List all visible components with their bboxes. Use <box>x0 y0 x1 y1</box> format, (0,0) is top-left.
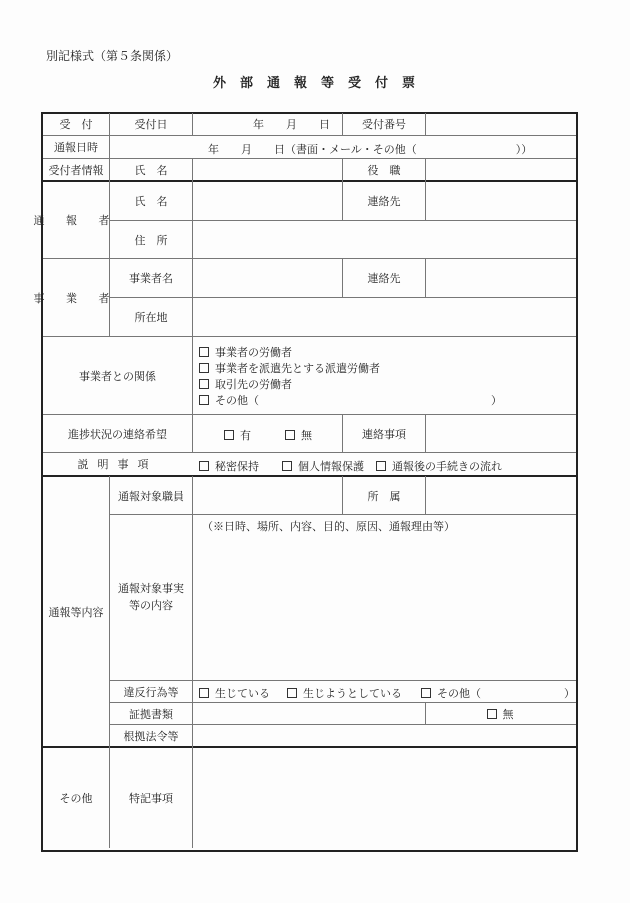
reception-date-label: 受付日 <box>110 113 192 135</box>
receiver-info-label: 受付者情報 <box>43 159 109 180</box>
business-name-label: 事業者名 <box>110 259 192 297</box>
checkbox-icon[interactable] <box>199 688 209 698</box>
relationship-option-dispatched[interactable]: 事業者を派遣先とする派遣労働者 <box>199 360 380 376</box>
receiver-name-label: 氏 名 <box>110 159 192 180</box>
special-notes-field[interactable] <box>193 748 574 848</box>
reporter-label: 通 報 者 <box>43 182 109 258</box>
report-content-label: 通報等内容 <box>43 477 109 746</box>
reporter-name-field[interactable] <box>193 182 342 220</box>
contact-notes-field[interactable] <box>426 415 574 452</box>
checkbox-icon[interactable] <box>282 461 292 471</box>
reporter-contact-label: 連絡先 <box>343 182 425 220</box>
checkbox-icon[interactable] <box>199 347 209 357</box>
special-notes-label: 特記事項 <box>110 748 192 848</box>
checkbox-icon[interactable] <box>224 430 234 440</box>
business-contact-field[interactable] <box>426 259 574 297</box>
reporter-name-label: 氏 名 <box>110 182 192 220</box>
reporter-address-field[interactable] <box>193 221 574 258</box>
relationship-other-close: ） <box>491 392 502 408</box>
violation-other-close: ） <box>564 685 575 701</box>
reception-number-field[interactable] <box>426 113 574 135</box>
relationship-label: 事業者との関係 <box>43 337 192 414</box>
reception-number-label: 受付番号 <box>343 113 425 135</box>
report-datetime-field[interactable]: 年 月 日（書面・メール・その他（ ）） <box>208 141 532 157</box>
evidence-none-option[interactable]: 無 <box>426 703 574 724</box>
facts-label: 通報対象事実 等の内容 <box>110 580 192 614</box>
explanation-option-privacy[interactable]: 個人情報保護 <box>282 458 364 474</box>
checkbox-icon[interactable] <box>421 688 431 698</box>
violation-option-about-to-occur[interactable]: 生じようとしている <box>287 685 402 701</box>
explanation-option-procedure[interactable]: 通報後の手続きの流れ <box>376 458 502 474</box>
report-datetime-label: 通報日時 <box>43 136 109 158</box>
relationship-option-partner[interactable]: 取引先の労働者 <box>199 376 292 392</box>
relationship-option-other[interactable]: その他（ <box>199 392 259 408</box>
business-label: 事 業 者 <box>43 259 109 336</box>
legal-basis-field[interactable] <box>193 725 574 746</box>
receiver-name-field[interactable] <box>193 159 342 180</box>
contact-notes-label: 連絡事項 <box>343 415 425 452</box>
checkbox-icon[interactable] <box>199 363 209 373</box>
checkbox-icon[interactable] <box>287 688 297 698</box>
progress-contact-yes[interactable]: 有 <box>224 427 251 443</box>
receiver-position-label: 役 職 <box>343 159 425 180</box>
affiliation-field[interactable] <box>426 477 574 514</box>
checkbox-icon[interactable] <box>285 430 295 440</box>
receiver-position-field[interactable] <box>426 159 574 180</box>
explanation-label: 説明事項 <box>43 453 192 475</box>
target-staff-field[interactable] <box>193 477 342 514</box>
affiliation-label: 所 属 <box>343 477 425 514</box>
checkbox-icon[interactable] <box>199 395 209 405</box>
evidence-field[interactable] <box>193 703 425 724</box>
violation-label: 違反行為等 <box>110 681 192 702</box>
business-contact-label: 連絡先 <box>343 259 425 297</box>
checkbox-icon[interactable] <box>487 709 497 719</box>
violation-option-other[interactable]: その他（ <box>421 685 481 701</box>
business-location-field[interactable] <box>193 298 574 336</box>
reception-date-field[interactable]: 年 月 日 <box>193 113 342 135</box>
evidence-label: 証拠書類 <box>110 703 192 724</box>
checkbox-icon[interactable] <box>199 379 209 389</box>
reporter-contact-field[interactable] <box>426 182 574 220</box>
checkbox-icon[interactable] <box>376 461 386 471</box>
facts-field[interactable] <box>193 532 574 679</box>
checkbox-icon[interactable] <box>199 461 209 471</box>
page-title: 外部通報等受付票 <box>213 72 429 91</box>
legal-basis-label: 根拠法令等 <box>110 725 192 746</box>
form-reference: 別記様式（第５条関係） <box>46 47 178 64</box>
progress-contact-label: 進捗状況の連絡希望 <box>43 415 192 452</box>
relationship-option-employee[interactable]: 事業者の労働者 <box>199 344 292 360</box>
business-name-field[interactable] <box>193 259 342 297</box>
progress-contact-no[interactable]: 無 <box>285 427 312 443</box>
business-location-label: 所在地 <box>110 298 192 336</box>
reception-label: 受 付 <box>43 113 109 135</box>
explanation-option-confidentiality[interactable]: 秘密保持 <box>199 458 259 474</box>
other-label: その他 <box>43 748 109 848</box>
violation-option-occurring[interactable]: 生じている <box>199 685 270 701</box>
target-staff-label: 通報対象職員 <box>110 477 192 514</box>
reporter-address-label: 住 所 <box>110 221 192 258</box>
